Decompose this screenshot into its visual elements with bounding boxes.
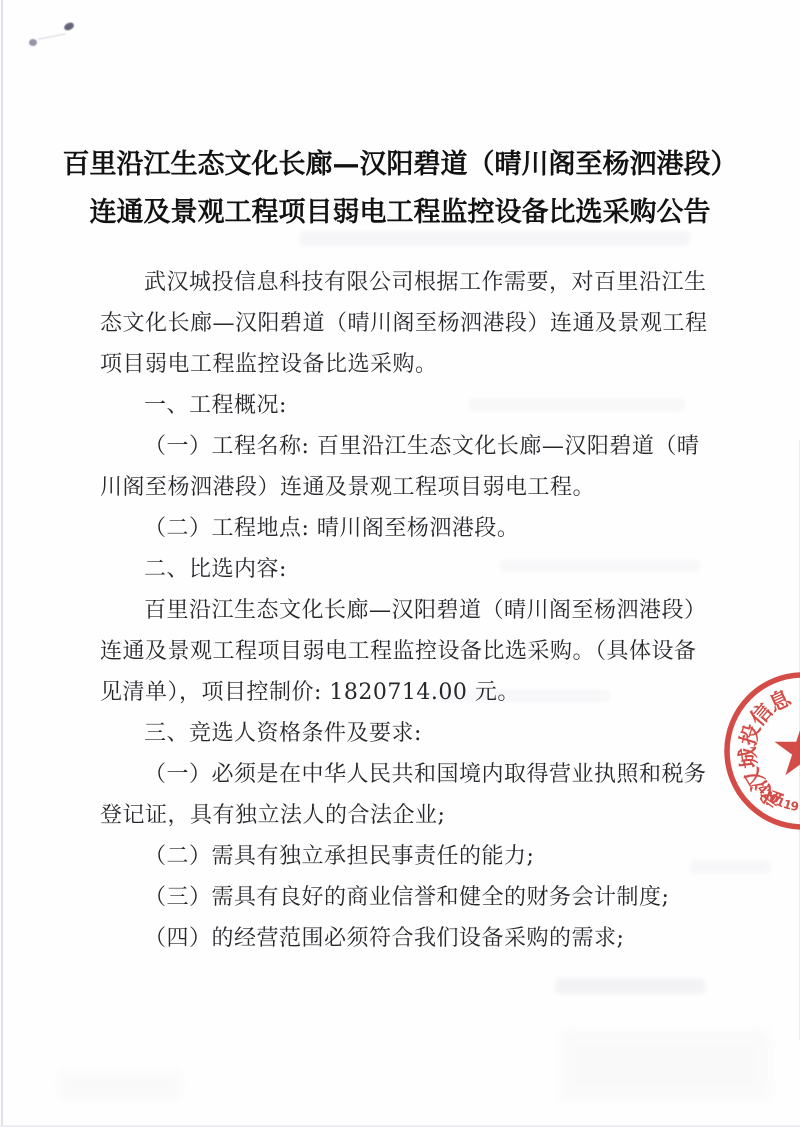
body-line: 一、工程概况: [100,385,716,426]
body-line: 见清单），项目控制价: 1820714.00 元。 [100,672,716,713]
ink-smudge [38,33,66,39]
body-line: 连通及景观工程项目弱电工程监控设备比选采购。（具体设备 [100,631,716,672]
body-line: （四）的经营范围必须符合我们设备采购的需求; [100,918,716,959]
svg-text:4: 4 [754,782,771,798]
svg-text:0: 0 [767,791,782,808]
bleed-through-smudge [555,978,705,994]
svg-text:城: 城 [735,745,762,770]
seal-serial-number: 420119 [754,782,800,814]
body-line: 登记证，具有独立法人的合法企业; [100,795,716,836]
bleed-through-smudge [560,1030,770,1100]
body-line: 三、竞选人资格条件及要求: [100,713,716,754]
seal-ring-text: 武汉城投信息 [735,685,795,811]
seal-star-icon [775,721,800,775]
bleed-through-smudge [60,1070,180,1100]
body-line: 项目弱电工程监控设备比选采购。 [100,344,716,385]
svg-text:武: 武 [756,780,787,812]
body-line: （一）必须是在中华人民共和国境内取得营业执照和税务 [100,754,716,795]
body-line: 武汉城投信息科技有限公司根据工作需要，对百里沿江生 [100,262,716,303]
document-title-line2: 连通及景观工程项目弱电工程监控设备比选采购公告 [0,189,800,237]
svg-text:投: 投 [736,721,765,748]
document-page: 百里沿江生态文化长廊—汉阳碧道（晴川阁至杨泗港段） 连通及景观工程项目弱电工程监… [0,0,800,1127]
body-line: （二）工程地点: 晴川阁至杨泗港段。 [100,508,716,549]
body-line: 二、比选内容: [100,549,716,590]
ink-smudge [29,39,37,46]
ink-smudge [63,22,75,32]
document-title: 百里沿江生态文化长廊—汉阳碧道（晴川阁至杨泗港段） 连通及景观工程项目弱电工程监… [0,141,800,237]
body-line: （二）需具有独立承担民事责任的能力; [100,836,716,877]
svg-text:1: 1 [774,794,788,811]
body-line: 百里沿江生态文化长廊—汉阳碧道（晴川阁至杨泗港段） [100,590,716,631]
svg-text:1: 1 [782,797,795,813]
seal-ring [727,675,800,827]
body-line: 态文化长廊—汉阳碧道（晴川阁至杨泗港段）连通及景观工程 [100,303,716,344]
body-line: （一）工程名称: 百里沿江生态文化长廊—汉阳碧道（晴 [100,426,716,467]
body-line: 川阁至杨泗港段）连通及景观工程项目弱电工程。 [100,467,716,508]
svg-text:汉: 汉 [740,763,772,794]
document-title-line1: 百里沿江生态文化长廊—汉阳碧道（晴川阁至杨泗港段） [0,141,800,189]
body-line: （三）需具有良好的商业信誉和健全的财务会计制度; [100,877,716,918]
document-body: 武汉城投信息科技有限公司根据工作需要，对百里沿江生态文化长廊—汉阳碧道（晴川阁至… [100,262,716,959]
svg-text:息: 息 [765,685,795,716]
svg-text:信: 信 [746,699,778,731]
svg-text:2: 2 [760,786,776,803]
